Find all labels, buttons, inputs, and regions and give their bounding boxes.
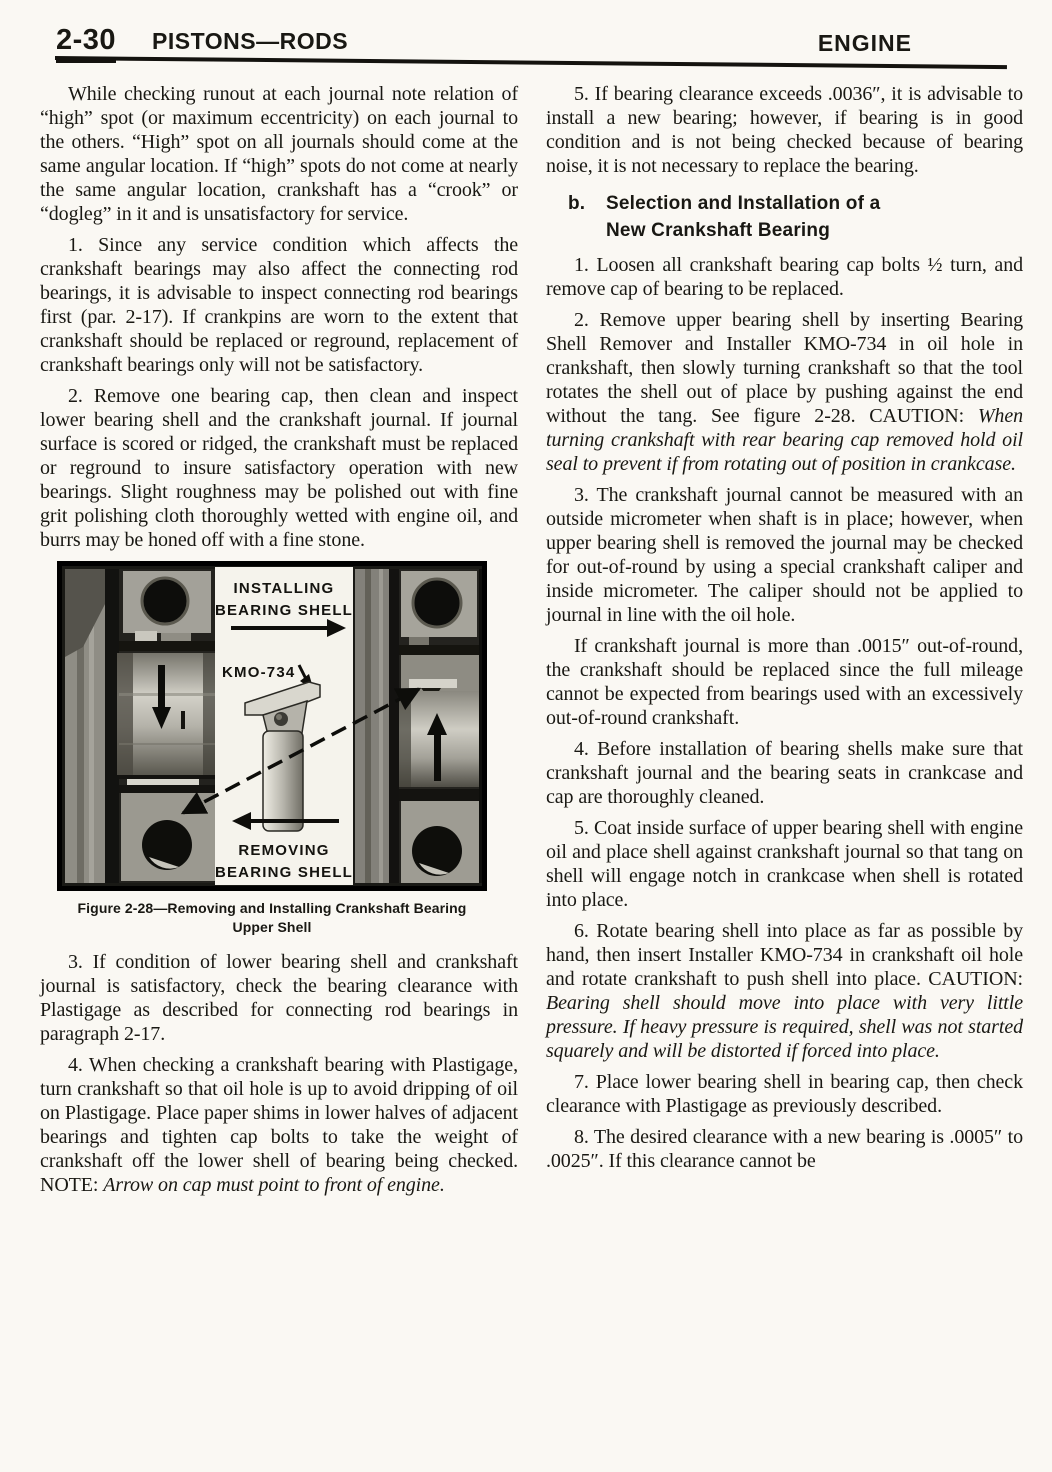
left-column: While checking runout at each journal no… [40, 82, 518, 1204]
section-title: PISTONS—RODS [152, 28, 348, 55]
paragraph-b3-continued: If crankshaft journal is more than .0015… [546, 634, 1023, 730]
paragraph-b5: 5. Coat inside surface of upper bearing … [546, 816, 1023, 912]
subheading-b-marker: b. [568, 190, 606, 244]
installing-label-line2: BEARING SHELL [215, 602, 353, 619]
paragraph-b6-text: 6. Rotate bearing shell into place as fa… [546, 920, 1023, 990]
paragraph-b6-caution: Bearing shell should move into place wit… [546, 992, 1023, 1062]
paragraph-intro: While checking runout at each journal no… [40, 82, 518, 226]
paragraph-b3: 3. The crankshaft journal cannot be meas… [546, 483, 1023, 627]
removing-label-line2: BEARING SHELL [215, 864, 353, 881]
paragraph-b7: 7. Place lower bearing shell in bearing … [546, 1070, 1023, 1118]
photo-right-crankcase [355, 569, 485, 883]
paragraph-step-4-note: Arrow on cap must point to front of engi… [103, 1174, 444, 1196]
photo-center-panel: INSTALLING BEARING SHELL KMO-734 [215, 567, 353, 885]
paragraph-b2-text: 2. Remove upper bearing shell by inserti… [546, 309, 1023, 427]
paragraph-b8: 8. The desired clearance with a new bear… [546, 1125, 1023, 1173]
tool-label: KMO-734 [222, 664, 295, 681]
running-head: ENGINE [818, 30, 912, 57]
paragraph-step-2: 2. Remove one bearing cap, then clean an… [40, 384, 518, 552]
paragraph-step-5: 5. If bearing clearance exceeds .0036″, … [546, 82, 1023, 178]
figure-caption: Figure 2-28—Removing and Installing Cran… [56, 899, 488, 937]
paragraph-b2: 2. Remove upper bearing shell by inserti… [546, 308, 1023, 476]
paragraph-step-4: 4. When checking a crankshaft bearing wi… [40, 1053, 518, 1197]
figure-photo: INSTALLING BEARING SHELL KMO-734 [56, 561, 488, 891]
paragraph-step-3: 3. If condition of lower bearing shell a… [40, 950, 518, 1046]
subheading-b: b. Selection and Installation of a New C… [568, 190, 1023, 244]
installing-label-line1: INSTALLING [234, 580, 335, 597]
paragraph-b4: 4. Before installation of bearing shells… [546, 737, 1023, 809]
figure-caption-line2: Upper Shell [56, 918, 488, 937]
photo-left-crankcase [65, 569, 217, 883]
figure-crankshaft-bearing: INSTALLING BEARING SHELL KMO-734 [56, 561, 488, 891]
manual-page: 2-30 PISTONS—RODS ENGINE While checking … [0, 0, 1052, 1472]
figure-caption-line1: Figure 2-28—Removing and Installing Cran… [56, 899, 488, 918]
paragraph-step-1: 1. Since any service condition which aff… [40, 233, 518, 377]
paragraph-b6: 6. Rotate bearing shell into place as fa… [546, 919, 1023, 1063]
right-column: 5. If bearing clearance exceeds .0036″, … [546, 82, 1023, 1180]
paragraph-b1: 1. Loosen all crankshaft bearing cap bol… [546, 253, 1023, 301]
subheading-b-title: Selection and Installation of a New Cran… [606, 190, 918, 244]
removing-label-line1: REMOVING [238, 842, 329, 859]
